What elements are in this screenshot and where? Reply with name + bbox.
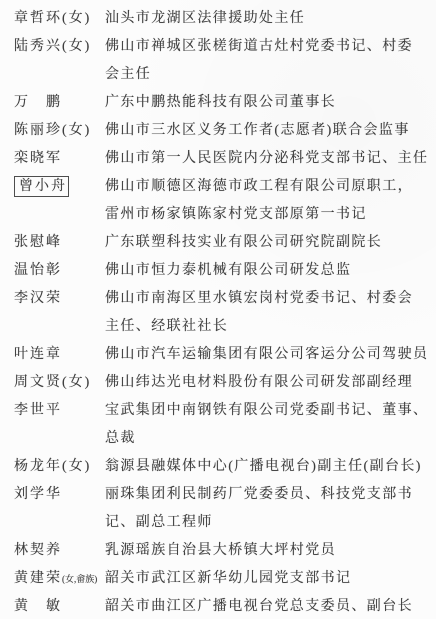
person-name: 章哲环(女) xyxy=(14,5,105,33)
person-description: 乳源瑶族自治县大桥镇大坪村党员 xyxy=(105,537,436,565)
list-item: 李汉荣佛山市南海区里水镇宏岗村党委书记、村委会 主任、经联社社长 xyxy=(14,285,436,341)
person-description: 佛山市汽车运输集团有限公司客运分公司驾驶员 xyxy=(105,341,436,369)
deceased-name-box: 曾小舟 xyxy=(14,176,69,197)
list-item: 栾晓军佛山市第一人民医院内分泌科党支部书记、主任 xyxy=(14,145,436,173)
person-name-text: 杨龙年(女) xyxy=(14,459,91,474)
list-item: 周文贤(女)佛山纬达光电材料股份有限公司研发部副经理 xyxy=(14,369,436,397)
person-name: 周文贤(女) xyxy=(14,369,105,397)
person-name-note: (女,畲族) xyxy=(62,574,97,584)
list-item: 万 鹏广东中鹏热能科技有限公司董事长 xyxy=(14,89,436,117)
person-name: 曾小舟 xyxy=(14,173,105,201)
person-name-text: 陈丽珍(女) xyxy=(14,123,91,138)
person-description: 佛山市恒力泰机械有限公司研发总监 xyxy=(105,257,436,285)
person-description: 韶关市曲江区广播电视台党总支委员、副台长 xyxy=(105,593,436,619)
person-description: 宝武集团中南钢铁有限公司党委副书记、董事、 总裁 xyxy=(105,397,436,453)
person-description: 佛山市南海区里水镇宏岗村党委书记、村委会 主任、经联社社长 xyxy=(105,285,436,341)
person-name-text: 章哲环(女) xyxy=(14,11,91,26)
list-item: 林契养乳源瑶族自治县大桥镇大坪村党员 xyxy=(14,537,436,565)
person-description: 佛山纬达光电材料股份有限公司研发部副经理 xyxy=(105,369,436,397)
list-item: 黄建荣(女,畲族)韶关市武江区新华幼儿园党支部书记 xyxy=(14,565,436,593)
person-description: 佛山市三水区义务工作者(志愿者)联合会监事 xyxy=(105,117,436,145)
person-name: 李世平 xyxy=(14,397,105,425)
person-name-text: 陆秀兴(女) xyxy=(14,39,91,54)
person-name: 陈丽珍(女) xyxy=(14,117,105,145)
person-name: 万 鹏 xyxy=(14,89,105,117)
commendation-list: 章哲环(女)汕头市龙湖区法律援助处主任陆秀兴(女)佛山市禅城区张槎街道古灶村党委… xyxy=(14,5,436,619)
person-name-text: 周文贤(女) xyxy=(14,375,91,390)
person-name-text: 温怡彰 xyxy=(14,263,62,278)
person-description: 翁源县融媒体中心(广播电视台)副主任(副台长) xyxy=(105,453,436,481)
person-name-text: 李汉荣 xyxy=(14,291,62,306)
person-name-text: 栾晓军 xyxy=(14,151,62,166)
person-name-text: 叶连章 xyxy=(14,347,62,362)
person-name: 黄建荣(女,畲族) xyxy=(14,565,105,593)
person-name: 陆秀兴(女) xyxy=(14,33,105,61)
list-item: 陆秀兴(女)佛山市禅城区张槎街道古灶村党委书记、村委 会主任 xyxy=(14,33,436,89)
person-name: 叶连章 xyxy=(14,341,105,369)
person-description: 韶关市武江区新华幼儿园党支部书记 xyxy=(105,565,436,593)
person-name: 李汉荣 xyxy=(14,285,105,313)
list-item: 杨龙年(女)翁源县融媒体中心(广播电视台)副主任(副台长) xyxy=(14,453,436,481)
person-description: 广东中鹏热能科技有限公司董事长 xyxy=(105,89,436,117)
person-name: 林契养 xyxy=(14,537,105,565)
list-item: 张慰峰广东联塑科技实业有限公司研究院副院长 xyxy=(14,229,436,257)
list-item: 曾小舟佛山市顺德区海德市政工程有限公司原职工， 雷州市杨家镇陈家村党支部原第一书… xyxy=(14,173,436,229)
person-description: 丽珠集团利民制药厂党委委员、科技党支部书 记、副总工程师 xyxy=(105,481,436,537)
list-item: 李世平宝武集团中南钢铁有限公司党委副书记、董事、 总裁 xyxy=(14,397,436,453)
person-name-text: 张慰峰 xyxy=(14,235,62,250)
document-page: 章哲环(女)汕头市龙湖区法律援助处主任陆秀兴(女)佛山市禅城区张槎街道古灶村党委… xyxy=(0,0,436,619)
person-name-text: 黄建荣 xyxy=(14,571,62,586)
person-description: 佛山市第一人民医院内分泌科党支部书记、主任 xyxy=(105,145,436,173)
person-name-text: 万 鹏 xyxy=(14,95,62,110)
person-name-text: 李世平 xyxy=(14,403,62,418)
list-item: 刘学华丽珠集团利民制药厂党委委员、科技党支部书 记、副总工程师 xyxy=(14,481,436,537)
person-name: 杨龙年(女) xyxy=(14,453,105,481)
list-item: 温怡彰佛山市恒力泰机械有限公司研发总监 xyxy=(14,257,436,285)
person-description: 汕头市龙湖区法律援助处主任 xyxy=(105,5,436,33)
person-name: 刘学华 xyxy=(14,481,105,509)
person-name: 栾晓军 xyxy=(14,145,105,173)
person-name: 温怡彰 xyxy=(14,257,105,285)
person-name: 张慰峰 xyxy=(14,229,105,257)
person-description: 佛山市禅城区张槎街道古灶村党委书记、村委 会主任 xyxy=(105,33,436,89)
person-name-text: 林契养 xyxy=(14,543,62,558)
person-name: 黄 敏 xyxy=(14,593,105,619)
list-item: 叶连章佛山市汽车运输集团有限公司客运分公司驾驶员 xyxy=(14,341,436,369)
person-name-text: 刘学华 xyxy=(14,487,62,502)
person-description: 佛山市顺德区海德市政工程有限公司原职工， 雷州市杨家镇陈家村党支部原第一书记 xyxy=(105,173,436,229)
list-item: 陈丽珍(女)佛山市三水区义务工作者(志愿者)联合会监事 xyxy=(14,117,436,145)
person-description: 广东联塑科技实业有限公司研究院副院长 xyxy=(105,229,436,257)
list-item: 章哲环(女)汕头市龙湖区法律援助处主任 xyxy=(14,5,436,33)
list-item: 黄 敏韶关市曲江区广播电视台党总支委员、副台长 xyxy=(14,593,436,619)
person-name-text: 黄 敏 xyxy=(14,599,62,614)
